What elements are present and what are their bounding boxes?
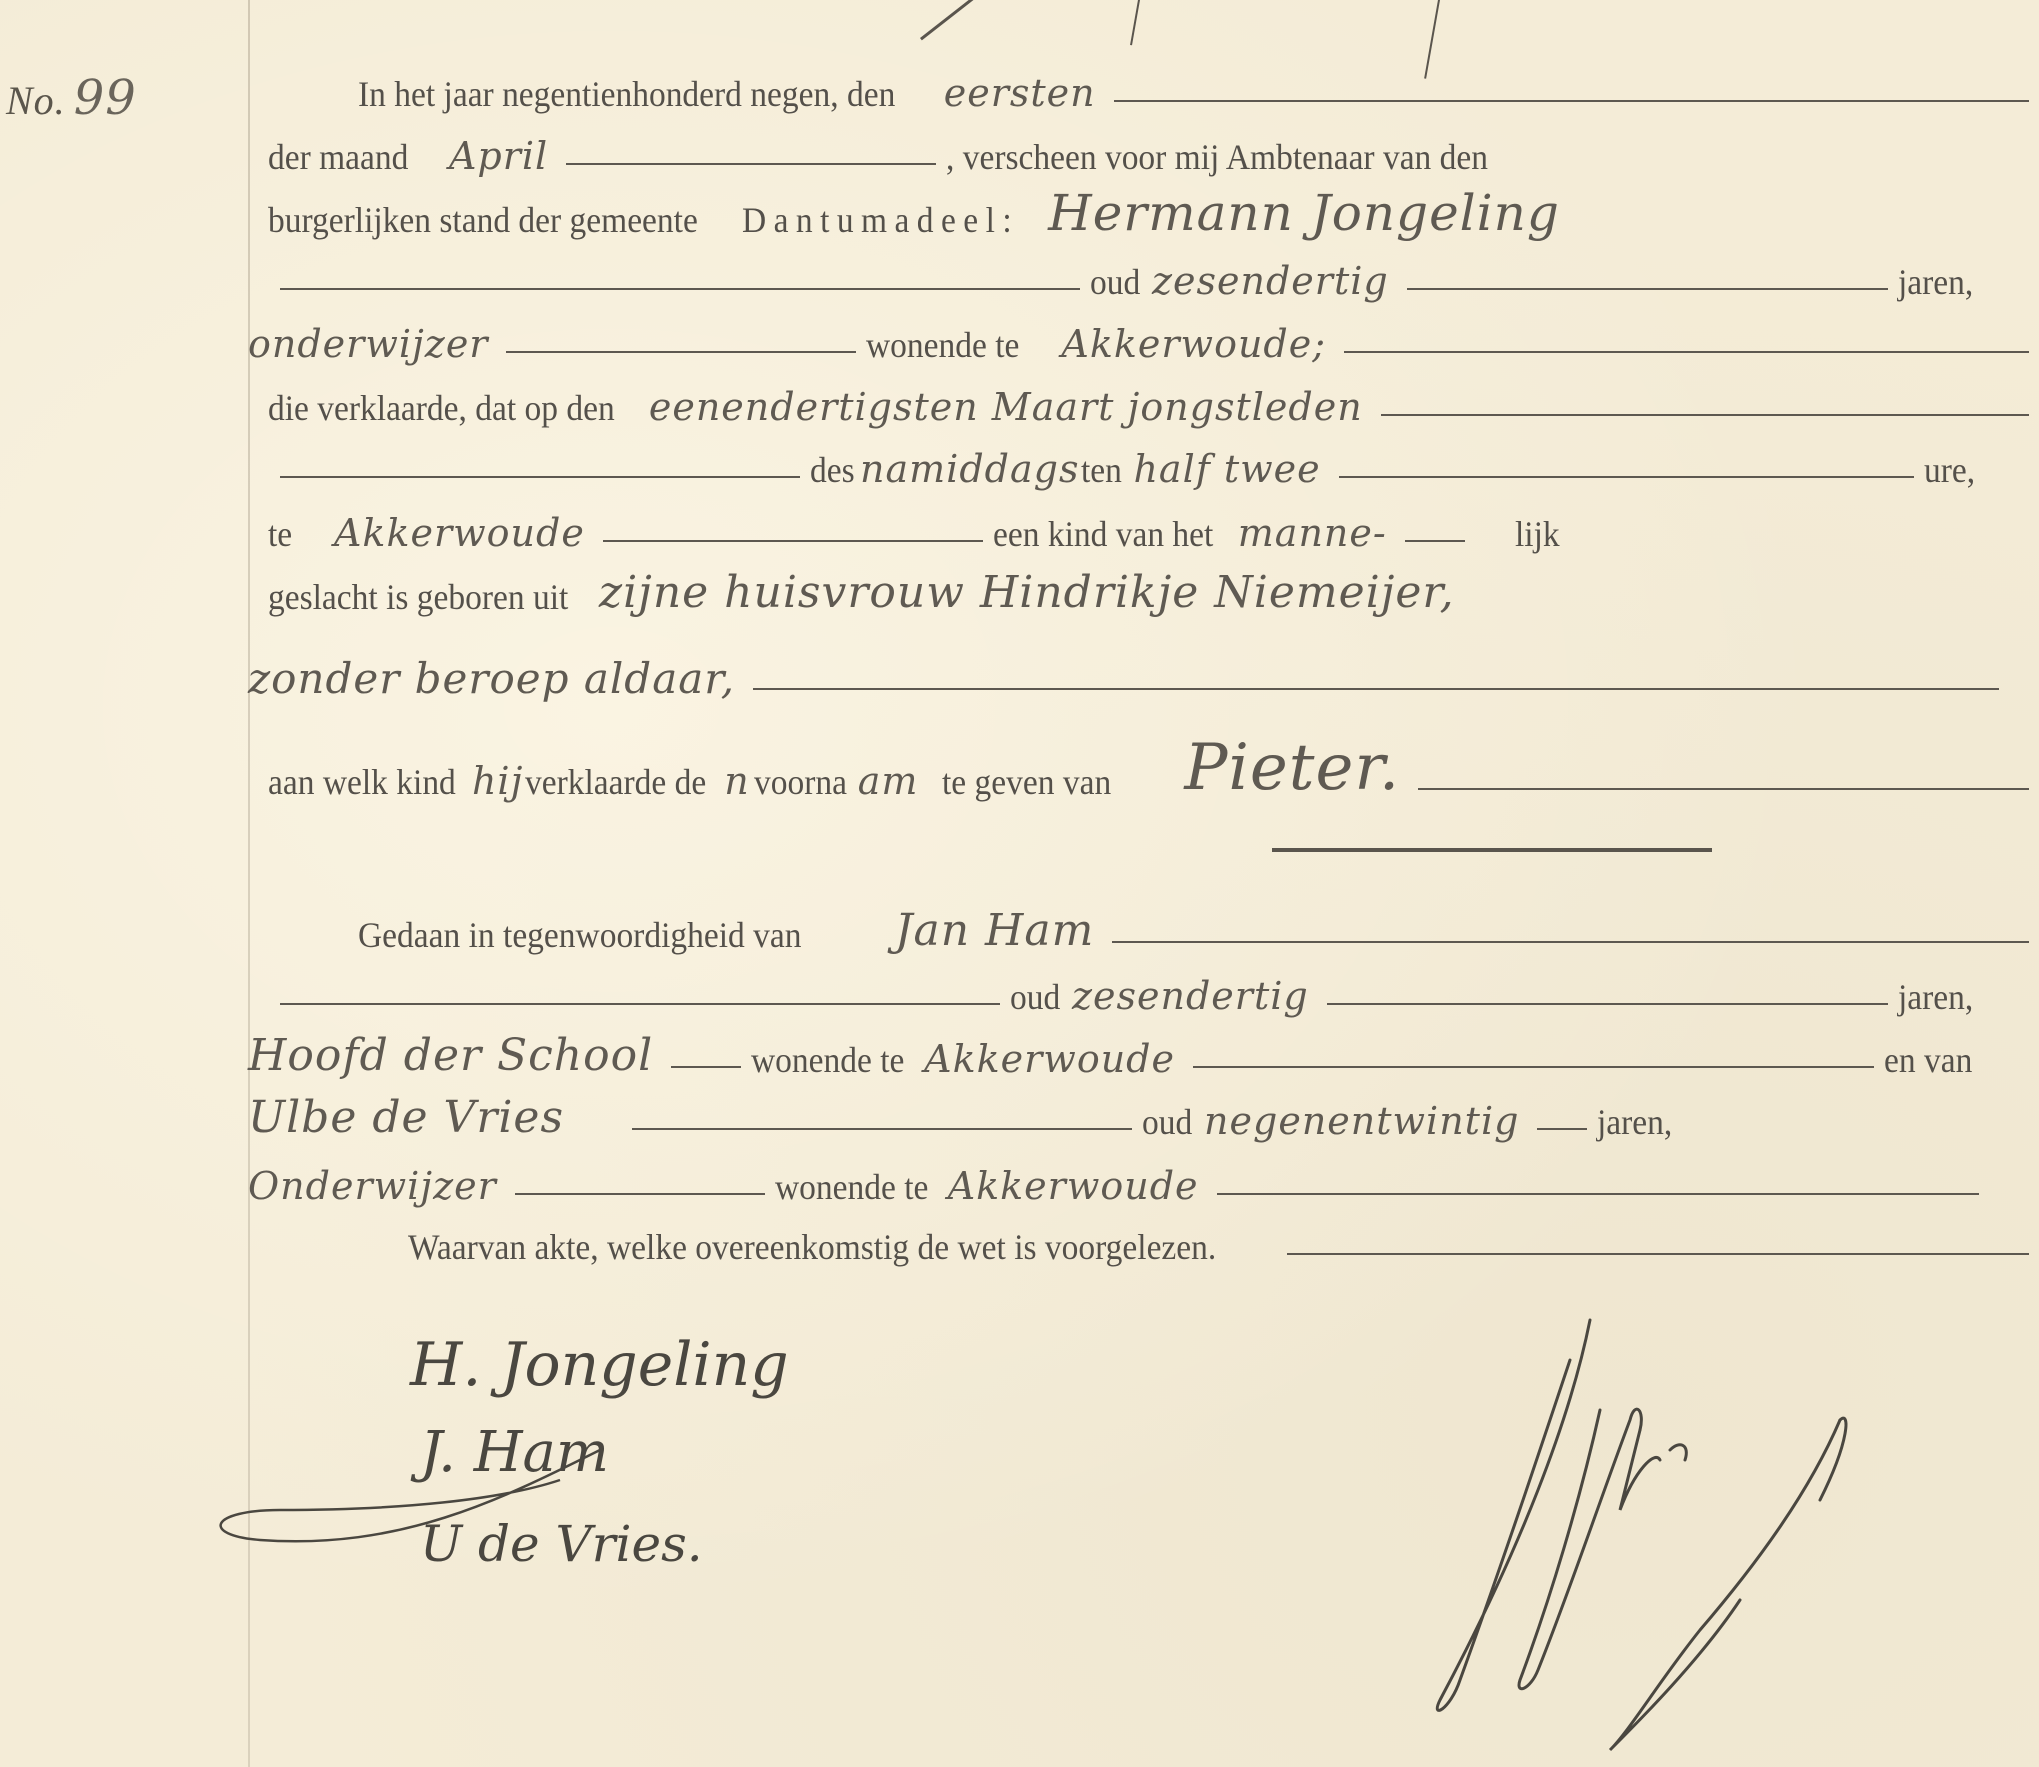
printed-text: ure,: [1924, 452, 1975, 488]
handwritten-witness-1-occupation: Hoofd der School: [248, 1034, 653, 1078]
handwritten-birth-place: Akkerwoude: [334, 514, 585, 552]
handwritten-occupation: onderwijzer: [248, 325, 488, 363]
handwritten-hour: half twee: [1133, 450, 1320, 488]
entry-number-label: No.: [6, 78, 66, 123]
record-line-2: der maand April , verscheen voor mij Amb…: [268, 115, 2039, 175]
signature-flourish: [200, 1440, 620, 1560]
fill-line: [1112, 941, 2029, 943]
printed-text: aan welk kind: [268, 764, 456, 800]
fill-line: [671, 1066, 741, 1068]
printed-text: der maand: [268, 139, 408, 175]
printed-text: , verscheen voor mij Ambtenaar van den: [946, 139, 1488, 175]
handwritten-suffix: n: [724, 762, 749, 800]
printed-text: burgerlijken stand der gemeente: [268, 202, 698, 238]
printed-text: In het jaar negentienhonderd negen, den: [358, 76, 895, 112]
pen-stroke: [920, 0, 993, 40]
fill-line: [515, 1193, 765, 1195]
municipality-name: Dantumadeel:: [742, 202, 1019, 238]
underline-stroke: [1272, 848, 1712, 852]
handwritten-pronoun: hij: [472, 762, 523, 800]
fill-line: [1405, 540, 1465, 542]
record-line-5: onderwijzer wonende te Akkerwoude;: [240, 303, 2039, 363]
fill-line: [506, 351, 856, 353]
handwritten-witness-1-residence: Akkerwoude: [924, 1040, 1175, 1078]
pen-stroke: [1130, 0, 1140, 45]
record-line-14: Hoofd der School wonende te Akkerwoude e…: [240, 1018, 2039, 1078]
fill-line: [566, 163, 936, 165]
printed-text: oud: [1090, 264, 1140, 300]
record-line-3: burgerlijken stand der gemeente Dantumad…: [268, 178, 2039, 238]
printed-text: Waarvan akte, welke overeenkomstig de we…: [408, 1229, 1216, 1265]
entry-number: No.99: [6, 70, 137, 126]
signature-declarant: H. Jongeling: [410, 1330, 789, 1400]
handwritten-birth-date: eenendertigsten Maart jongstleden: [649, 388, 1363, 426]
fill-line: [280, 476, 800, 478]
printed-text: wonende te: [775, 1169, 928, 1205]
entry-number-value: 99: [74, 70, 137, 126]
printed-text: jaren,: [1898, 264, 1973, 300]
record-line-9: geslacht is geboren uit zijne huisvrouw …: [268, 555, 2039, 615]
fill-line: [1327, 1003, 1888, 1005]
handwritten-witness-2-occupation: Onderwijzer: [248, 1167, 497, 1205]
printed-text: die verklaarde, dat op den: [268, 390, 615, 426]
handwritten-time-of-day: namiddags: [860, 450, 1079, 488]
handwritten-witness-1-age: zesendertig: [1072, 977, 1309, 1015]
printed-text: jaren,: [1898, 979, 1973, 1015]
printed-text: verklaarde de: [525, 764, 706, 800]
printed-text: ten: [1081, 452, 1122, 488]
handwritten-witness-2-residence: Akkerwoude: [948, 1167, 1199, 1205]
fill-line: [1381, 414, 2029, 416]
handwritten-sex: manne-: [1238, 514, 1387, 552]
printed-text: wonende te: [751, 1042, 904, 1078]
handwritten-declarant-name: Hermann Jongeling: [1048, 188, 1560, 238]
fill-line: [1114, 100, 2029, 102]
printed-text: des: [810, 452, 855, 488]
fill-line: [280, 1003, 1000, 1005]
fill-line: [1193, 1066, 1874, 1068]
record-line-1: In het jaar negentienhonderd negen, den …: [268, 52, 2039, 112]
handwritten-suffix: am: [858, 762, 919, 800]
fill-line: [632, 1128, 1132, 1130]
fill-line: [1339, 476, 1914, 478]
record-line-17: Waarvan akte, welke overeenkomstig de we…: [268, 1205, 2039, 1265]
record-line-4: oud zesendertig jaren,: [268, 240, 2039, 300]
record-line-16: Onderwijzer wonende te Akkerwoude: [240, 1145, 2039, 1205]
handwritten-witness-2-name: Ulbe de Vries: [248, 1096, 564, 1140]
fill-line: [1344, 351, 2029, 353]
printed-text: te: [268, 516, 292, 552]
record-line-12: Gedaan in tegenwoordigheid van Jan Ham: [268, 893, 2039, 953]
record-line-15: Ulbe de Vries oud negenentwintig jaren,: [240, 1080, 2039, 1140]
fill-line: [1217, 1193, 1979, 1195]
record-line-7: des namiddags ten half twee ure,: [268, 428, 2039, 488]
printed-text: voorna: [754, 764, 847, 800]
printed-text: een kind van het: [993, 516, 1213, 552]
printed-text: geslacht is geboren uit: [268, 579, 568, 615]
handwritten-day: eersten: [944, 74, 1096, 112]
printed-text: en van: [1884, 1042, 1972, 1078]
record-line-10: zonder beroep aldaar,: [240, 640, 2039, 700]
handwritten-child-name: Pieter.: [1184, 736, 1400, 800]
printed-text: oud: [1142, 1104, 1192, 1140]
handwritten-witness-1-name: Jan Ham: [895, 909, 1095, 953]
fill-line: [1287, 1253, 2029, 1255]
printed-text: te geven van: [942, 764, 1111, 800]
record-line-8: te Akkerwoude een kind van het manne- li…: [268, 492, 2039, 552]
fill-line: [753, 688, 1999, 690]
record-line-11: aan welk kind hij verklaarde de n voorna…: [268, 740, 2039, 800]
handwritten-mother: zijne huisvrouw Hindrikje Niemeijer,: [599, 571, 1455, 615]
fill-line: [1537, 1128, 1587, 1130]
handwritten-month: April: [449, 137, 548, 175]
printed-text: Gedaan in tegenwoordigheid van: [358, 917, 801, 953]
fill-line: [1407, 288, 1888, 290]
printed-text: jaren,: [1597, 1104, 1672, 1140]
printed-text: wonende te: [866, 327, 1019, 363]
fill-line: [603, 540, 983, 542]
handwritten-mother-occupation: zonder beroep aldaar,: [248, 658, 735, 700]
handwritten-residence: Akkerwoude;: [1061, 325, 1326, 363]
record-line-13: oud zesendertig jaren,: [268, 955, 2039, 1015]
handwritten-witness-2-age: negenentwintig: [1204, 1102, 1519, 1140]
handwritten-age: zesendertig: [1152, 262, 1389, 300]
signature-official: [1380, 1300, 1900, 1760]
fill-line: [1418, 788, 2029, 790]
fill-line: [280, 288, 1080, 290]
printed-text: oud: [1010, 979, 1060, 1015]
printed-text: lijk: [1515, 516, 1560, 552]
record-line-6: die verklaarde, dat op den eenendertigst…: [268, 366, 2039, 426]
